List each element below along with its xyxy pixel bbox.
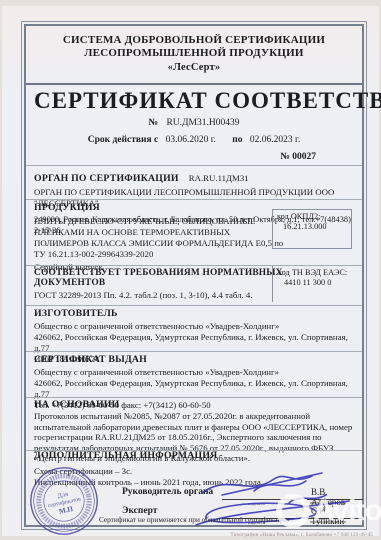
- issued-to-name: Обществу с ограниченной ответственностью…: [34, 367, 354, 378]
- certification-round-stamp: Для сертификатов М.П: [21, 457, 107, 540]
- org-heading: ОРГАН ПО СЕРТИФИКАЦИИ: [34, 173, 179, 184]
- manufacturer-heading: ИЗГОТОВИТЕЛЬ: [34, 308, 354, 319]
- validity-to-date: 02.06.2023 г.: [250, 135, 300, 145]
- basis-heading: НА ОСНОВАНИИ: [34, 399, 354, 410]
- validity-to-label: по: [232, 135, 242, 145]
- manufacturer-name: Общество с ограниченной ответственностью…: [34, 321, 354, 332]
- avito-watermark-text: Avito: [313, 496, 381, 526]
- avito-logo-icon: [276, 494, 310, 528]
- certification-system-header: СИСТЕМА ДОБРОВОЛЬНОЙ СЕРТИФИКАЦИИ ЛЕСОПР…: [26, 34, 362, 74]
- section-divider: [26, 305, 362, 306]
- validity-row: Срок действия с 03.06.2020 г. по 02.06.2…: [26, 135, 362, 145]
- blank-number: № 00027: [280, 152, 316, 162]
- okpd2-code-box: код ОКПД2: 16.21.13.000: [272, 209, 352, 249]
- number-label: №: [149, 118, 159, 128]
- blank-number-row: № 00027: [26, 152, 362, 162]
- certificate-number-row: № RU.ДМ31.Н00439: [26, 118, 362, 128]
- header-divider: [26, 83, 362, 85]
- print-shop-note: Типография «Наша Реклама», г. Балабаново…: [231, 533, 374, 538]
- section-divider: [26, 397, 362, 398]
- tnved-label: код ТН ВЭД ЕАЭС:: [278, 268, 352, 278]
- okpd2-label: код ОКПД2:: [277, 212, 347, 222]
- tnved-value: 4410 11 300 0: [278, 278, 352, 288]
- product-description: ПЛИТЫ ДРЕВЕСНО-СТРУЖЕЧНЫЕ, ОБЛИЦОВАННЫЕ …: [34, 216, 286, 260]
- section-divider: [26, 199, 362, 200]
- issued-to-heading: СЕРТИФИКАТ ВЫДАН: [34, 354, 354, 365]
- certificate-inner-frame: СИСТЕМА ДОБРОВОЛЬНОЙ СЕРТИФИКАЦИИ ЛЕСОПР…: [24, 24, 364, 527]
- section-divider: [26, 165, 362, 166]
- section-divider: [26, 351, 362, 352]
- validity-from-label: Срок действия с: [88, 135, 158, 145]
- avito-watermark: Avito: [276, 494, 381, 528]
- system-name: «ЛесСерт»: [34, 61, 354, 74]
- okpd2-value: 16.21.13.000: [277, 222, 347, 232]
- certificate-frame: СИСТЕМА ДОБРОВОЛЬНОЙ СЕРТИФИКАЦИИ ЛЕСОПР…: [21, 21, 367, 530]
- org-reg-number: RA.RU.11ДМ31: [189, 173, 249, 183]
- conformity-heading: СООТВЕТСТВУЕТ ТРЕБОВАНИЯМ НОРМАТИВНЫХ ДО…: [34, 268, 286, 288]
- tnved-code-box: код ТН ВЭД ЕАЭС: 4410 11 300 0: [272, 266, 352, 302]
- system-line-1: СИСТЕМА ДОБРОВОЛЬНОЙ СЕРТИФИКАЦИИ: [34, 34, 354, 47]
- validity-from-date: 03.06.2020 г.: [166, 135, 216, 145]
- stamp-line-1: Для: [57, 491, 69, 500]
- scanned-page: СИСТЕМА ДОБРОВОЛЬНОЙ СЕРТИФИКАЦИИ ЛЕСОПР…: [2, 6, 379, 536]
- system-line-2: ЛЕСОПРОМЫШЛЕННОЙ ПРОДУКЦИИ: [34, 47, 354, 60]
- certificate-number: RU.ДМ31.Н00439: [166, 118, 239, 128]
- certificate-title: СЕРТИФИКАТ СООТВЕТСТВИЯ: [26, 88, 362, 114]
